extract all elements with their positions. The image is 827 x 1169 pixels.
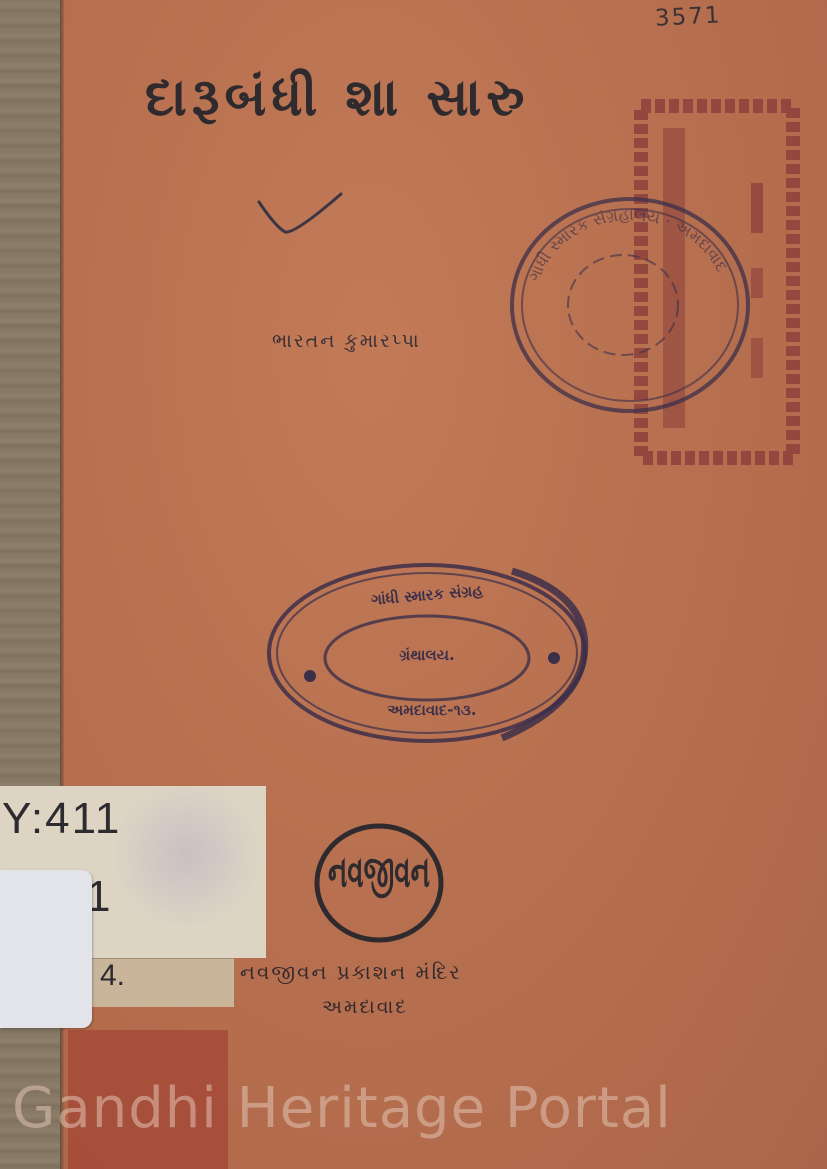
round-stamp-text: ગાંધી સ્મારક સંગ્રહાલય · અમદાવાદ [524,205,731,284]
author-name: ભારતન કુમારપ્પા [272,330,421,352]
oval-stamp-bottom-text: અમદાવાદ-૧૩. [332,701,532,719]
book-title: દારૂબંધી શા સારુ [145,68,529,129]
call-number-line3: 4. [100,959,125,993]
watermark: Gandhi Heritage Portal [12,1076,672,1141]
library-oval-stamp: ગાંધી સ્મારક સંગ્રહ ગ્રંથાલય. અમદાવાદ-૧૩… [262,556,592,751]
blank-sticker [0,870,92,1028]
library-tape-label: 4. [72,958,234,1007]
oval-stamp-center-text: ગ્રંથાલય. [362,646,492,664]
call-number-line1: Y:411 [2,794,121,844]
publisher-name: નવજીવન પ્રકાશન મંદિર [240,960,462,984]
publisher-city: અમદાવાદ [322,996,408,1018]
svg-text:ગાંધી સ્મારક સંગ્રહાલય · અમદાવ: ગાંધી સ્મારક સંગ્રહાલય · અમદાવાદ [524,205,731,284]
check-mark-icon [255,188,345,238]
publisher-logo-text: નવજીવન [313,847,445,900]
museum-round-stamp: ગાંધી સ્મારક સંગ્રહાલય · અમદાવાદ [505,193,755,418]
shelf-number: 3571 [654,2,722,31]
publisher-logo: નવજીવન [313,822,445,944]
